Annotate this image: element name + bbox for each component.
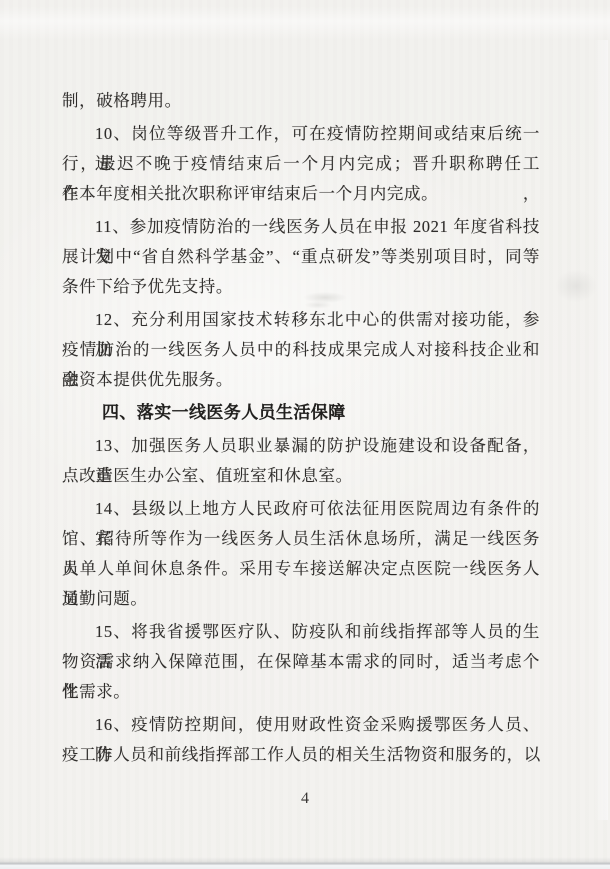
- text-line: 馆、招待所等作为一线医务人员生活休息场所，满足一线医务人: [62, 524, 540, 554]
- text-line: 13、加强医务人员职业暴漏的防护设施建设和设备配备，重: [62, 431, 540, 461]
- text-line: 行，最迟不晚于疫情结束后一个月内完成；晋升职称聘任工作，: [62, 149, 540, 179]
- text-line: 通勤问题。: [62, 584, 540, 614]
- scanned-document-page: 制，破格聘用。10、岗位等级晋升工作，可在疫情防控期间或结束后统一进行，最迟不晚…: [0, 0, 610, 869]
- text-line: 12、充分利用国家技术转移东北中心的供需对接功能，参加: [62, 305, 540, 335]
- page-number: 4: [0, 790, 610, 808]
- scan-edge-shadow: [0, 857, 610, 869]
- text-line: 10、岗位等级晋升工作，可在疫情防控期间或结束后统一进: [62, 119, 540, 149]
- text-line: 疫工作人员和前线指挥部工作人员的相关生活物资和服务的，以: [62, 740, 540, 770]
- text-line: 点改造医生办公室、值班室和休息室。: [62, 461, 540, 491]
- text-line: 化需求。: [62, 677, 540, 707]
- text-line: 员单人单间休息条件。采用专车接送解决定点医院一线医务人员: [62, 554, 540, 584]
- text-line: 物资需求纳入保障范围，在保障基本需求的同时，适当考虑个性: [62, 647, 540, 677]
- text-line: 疫情防治的一线医务人员中的科技成果完成人对接科技企业和金: [62, 335, 540, 365]
- section-heading: 四、落实一线医务人员生活保障: [62, 398, 540, 428]
- text-line: 制，破格聘用。: [62, 86, 540, 116]
- document-body: 制，破格聘用。10、岗位等级晋升工作，可在疫情防控期间或结束后统一进行，最迟不晚…: [62, 86, 540, 770]
- text-line: 16、疫情防控期间，使用财政性资金采购援鄂医务人员、防: [62, 710, 540, 740]
- scan-top-highlight: [0, 6, 610, 40]
- text-line: 展计划中“省自然科学基金”、“重点研发”等类别项目时，同等: [62, 242, 540, 272]
- text-line: 条件下给予优先支持。: [62, 272, 540, 302]
- text-line: 14、县级以上地方人民政府可依法征用医院周边有条件的宾: [62, 494, 540, 524]
- scan-right-highlight: [594, 40, 608, 820]
- text-line: 11、参加疫情防治的一线医务人员在申报 2021 年度省科技发: [62, 212, 540, 242]
- text-line: 融资本提供优先服务。: [62, 365, 540, 395]
- text-line: 15、将我省援鄂医疗队、防疫队和前线指挥部等人员的生活: [62, 617, 540, 647]
- scan-smudge: [548, 264, 604, 308]
